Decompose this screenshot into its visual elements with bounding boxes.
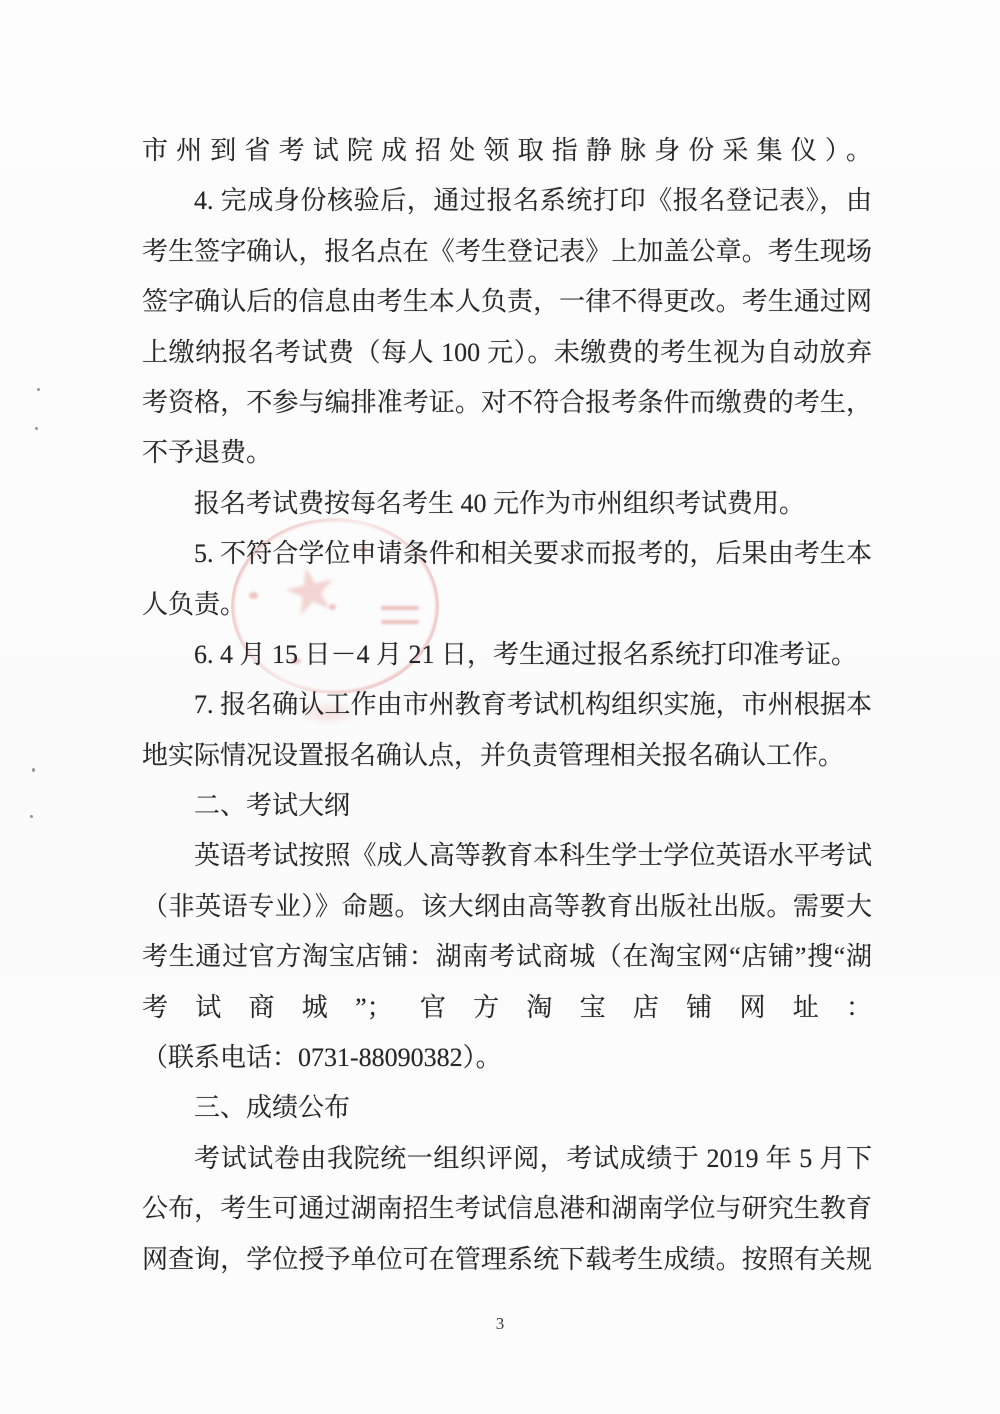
text-line: （非英语专业）》命题。该大纲由高等教育出版社出版。需要大纲的 — [142, 882, 872, 932]
text-line: 考生签字确认，报名点在《考生登记表》上加盖公章。考生现场 — [142, 227, 872, 277]
document-body: 市州到省考试院成招处领取指静脉身份采集仪）。 4. 完成身份核验后，通过报名系统… — [142, 126, 872, 1285]
text-line: 上缴纳报名考试费（每人 100 元）。未缴费的考生视为自动放弃报 — [142, 328, 872, 378]
text-line: 考资格，不参与编排准考证。对不符合报考条件而缴费的考生， — [142, 378, 872, 428]
scan-speck — [30, 815, 33, 818]
text-line: 7. 报名确认工作由市州教育考试机构组织实施，市州根据本 — [142, 680, 872, 730]
text-line: 市州到省考试院成招处领取指静脉身份采集仪）。 — [142, 126, 872, 176]
scan-speck — [37, 388, 40, 391]
text-line: 人负责。 — [142, 580, 872, 630]
text-line: 不予退费。 — [142, 428, 872, 478]
section-heading: 二、考试大纲 — [142, 781, 872, 831]
text-line: 4. 完成身份核验后，通过报名系统打印《报名登记表》，由 — [142, 176, 872, 226]
text-line: 5. 不符合学位申请条件和相关要求而报考的，后果由考生本 — [142, 529, 872, 579]
text-line: 签字确认后的信息由考生本人负责，一律不得更改。考生通过网 — [142, 277, 872, 327]
text-line: 网查询，学位授予单位可在管理系统下载考生成绩。按照有关规 — [142, 1235, 872, 1285]
scan-speck — [35, 427, 38, 430]
text-line: 地实际情况设置报名确认点，并负责管理相关报名确认工作。 — [142, 731, 872, 781]
page-number: 3 — [0, 1314, 1000, 1334]
scanned-document-page: ★ 市州到省考试院成招处领取指静脉身份采集仪）。 4. 完成身份核验后，通过报名… — [0, 0, 1000, 1414]
text-line: 公布，考生可通过湖南招生考试信息港和湖南学位与研究生教育 — [142, 1184, 872, 1234]
text-line: 考试试卷由我院统一组织评阅，考试成绩于 2019 年 5 月下旬 — [142, 1134, 872, 1184]
text-line: 报名考试费按每名考生 40 元作为市州组织考试费用。 — [142, 479, 872, 529]
text-line: （联系电话：0731-88090382）。 — [142, 1033, 872, 1083]
text-line: 考生通过官方淘宝店铺：湖南考试商城（在淘宝网“店铺”搜“湖南 — [142, 932, 872, 982]
scan-speck — [32, 768, 35, 772]
section-heading: 三、成绩公布 — [142, 1083, 872, 1133]
text-line: 考试商城”；官方淘宝店铺网址：https://shop198865480.tao… — [142, 983, 872, 1033]
text-line: 英语考试按照《成人高等教育本科生学士学位英语水平考试大纲 — [142, 831, 872, 881]
text-line: 6. 4 月 15 日－4 月 21 日，考生通过报名系统打印准考证。 — [142, 630, 872, 680]
